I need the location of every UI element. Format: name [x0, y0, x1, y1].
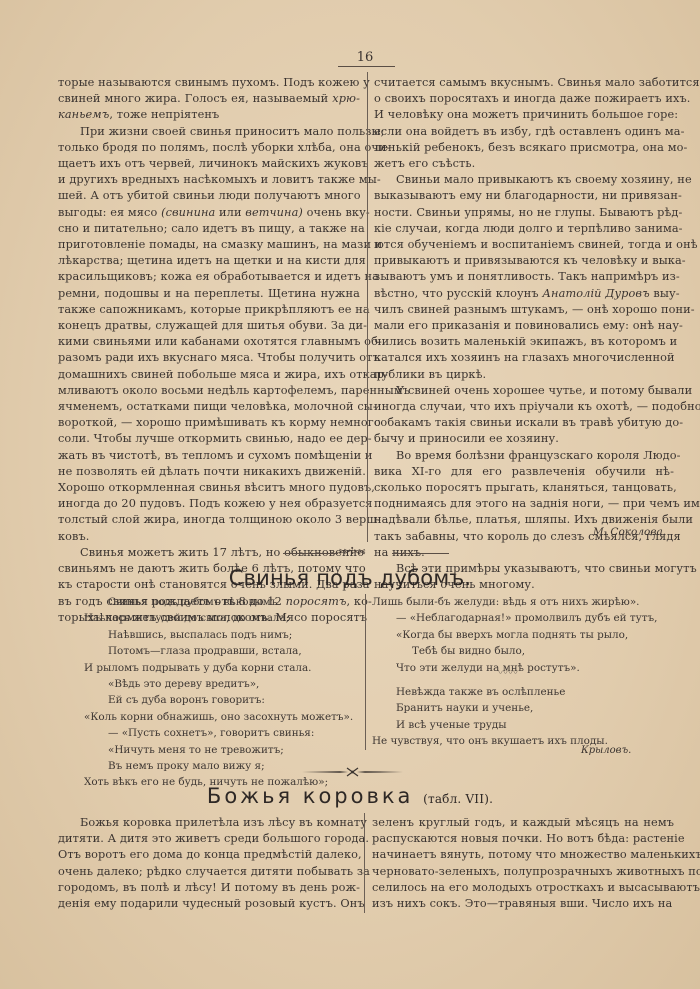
text-line: вѣстно, что русскій клоунъ Анатолій Дуро… [374, 286, 674, 302]
article2-subtitle: (табл. VII). [423, 792, 493, 806]
text-line: городомъ, въ полѣ и лѣсу! И потому въ де… [58, 880, 360, 896]
article1-signature: М. Соколова. [593, 526, 666, 538]
text-line: мливаютъ около восьми недѣль картофелемъ… [58, 383, 360, 399]
text-line: чились возить маленькій экипажъ, въ кото… [374, 334, 674, 350]
text-line: начинаетъ вянуть, потому что множество м… [372, 847, 674, 863]
poem-line: Невѣжда также въ ослѣпленье [372, 684, 657, 700]
text-line: жать въ чистотѣ, въ тепломъ и сухомъ пом… [58, 448, 360, 464]
text-line: если она войдетъ въ избу, гдѣ оставленъ … [374, 124, 674, 140]
poem-left-stanza: Свинья подъ дубомъ вѣковымъНаѣлась желуд… [84, 594, 353, 791]
text-line: Хорошо откормленная свинья вѣситъ много … [58, 480, 360, 496]
text-line: вороткой, — хорошо примѣшивать къ корму … [58, 415, 360, 431]
text-line: и другихъ вредныхъ насѣкомыхъ и ловитъ т… [58, 172, 360, 188]
text-line: соли. Чтобы лучше откормить свинью, надо… [58, 431, 360, 447]
text-line: толстый слой жира, иногда толщиною около… [58, 512, 360, 528]
text-line: торые называются свинымъ пухомъ. Подъ ко… [58, 75, 360, 91]
poem-line: Свинья подъ дубомъ вѣковымъ [84, 594, 353, 610]
text-line: считается самымъ вкуснымъ. Свинья мало з… [374, 75, 674, 91]
text-line: публики въ циркѣ. [374, 367, 674, 383]
poem-line: И всѣ ученые труды [372, 717, 657, 733]
text-line: черновато-зеленыхъ, полупрозрачныхъ живо… [372, 864, 674, 880]
poem-divider [365, 594, 366, 750]
text-line: дитяти. А дитя это живетъ среди большого… [58, 831, 360, 847]
text-line: зеленъ круглый годъ, и каждый мѣсяцъ на … [372, 815, 674, 831]
poem-line: Наѣлась желудей до сыта, до отвала; [84, 610, 353, 626]
text-line: У свиней очень хорошее чутье, и потому б… [374, 383, 674, 399]
text-line: ленькій ребенокъ, безъ всякаго присмотра… [374, 140, 674, 156]
poem-title: Свинья подъ дубомъ. [0, 566, 700, 590]
text-line: вика XI-го для его развлеченія обучили н… [374, 464, 674, 480]
text-line: иногда случаи, что ихъ пріучали къ охотѣ… [374, 399, 674, 415]
ornament-vine-icon: ⪢⪢✣⪡⪡ [339, 546, 364, 557]
text-line: щаетъ ихъ отъ червей, личинокъ майскихъ … [58, 156, 360, 172]
text-line: бычу и приносили ее хозяину. [374, 431, 674, 447]
poem-line: Потомъ—глаза продравши, встала, [84, 643, 353, 659]
text-line: только бродя по полямъ, послѣ уборки хлѣ… [58, 140, 360, 156]
poem-line: Наѣвшись, выспалась подъ нимъ; [84, 627, 353, 643]
article2-right-column: зеленъ круглый годъ, и каждый мѣсяцъ на … [372, 815, 674, 912]
text-line: выгоды: ея мясо (свинина или ветчина) оч… [58, 205, 360, 221]
text-line: мали его приказанія и повиновались ему: … [374, 318, 674, 334]
poem-signature: Крыловъ. [581, 745, 631, 756]
poem-tilde-ornament: 〰〰 [498, 664, 518, 679]
text-line: При жизни своей свинья приноситъ мало по… [58, 124, 360, 140]
text-line: кіе случаи, когда люди долго и терпѣливо… [374, 221, 674, 237]
text-line: чилъ свиней разнымъ штукамъ, — онѣ хорош… [374, 302, 674, 318]
poem-line: И рыломъ подрывать у дуба корни стала. [84, 660, 353, 676]
text-line: сно и питательно; сало идетъ въ пищу, а … [58, 221, 360, 237]
text-line: Во время болѣзни французскаго короля Люд… [374, 448, 674, 464]
poem-line: Ей съ дуба воронъ говоритъ: [84, 692, 353, 708]
text-line: изъ нихъ сокъ. Это—травяныя вши. Число и… [372, 896, 674, 912]
column-divider [367, 72, 368, 542]
text-line: селилось на его молодыхъ отросткахъ и вы… [372, 880, 674, 896]
text-line: жетъ его съѣсть. [374, 156, 674, 172]
poem-line: «Вѣдь это дереву вредитъ», [84, 676, 353, 692]
text-line: Отъ воротъ его дома до конца предмѣстій … [58, 847, 360, 863]
text-line: ячменемъ, остатками пищи человѣка, молоч… [58, 399, 360, 415]
text-line: не позволять ей дѣлать почти никакихъ дв… [58, 464, 360, 480]
article2-left-column: Божья коровка прилетѣла изъ лѣсу въ комн… [58, 815, 360, 912]
poem-line: Бранитъ науки и ученье, [372, 700, 657, 716]
text-line: шей. А отъ убитой свиньи люди получаютъ … [58, 188, 360, 204]
text-line: лѣкарства; щетина идетъ на щетки и на ки… [58, 253, 360, 269]
ornament-rule-left [283, 553, 338, 554]
text-line: домашнихъ свиней побольше мяса и жира, и… [58, 367, 360, 383]
page-number-rule [338, 66, 395, 67]
poem-line: — «Неблагодарная!» промолвилъ дубъ ей ту… [372, 610, 657, 626]
poem-line: «Когда бы вверхъ могла поднять ты рыло, [372, 627, 657, 643]
poem-line: «Коль корни обнажишь, оно засохнуть може… [84, 709, 353, 725]
text-line: иногда до 20 пудовъ. Подъ кожею у нея об… [58, 496, 360, 512]
text-line: очень далеко; рѣдко случается дитяти поб… [58, 864, 360, 880]
article2-title: Божья коровка (табл. VII). [0, 784, 700, 808]
text-line: также сапожникамъ, которые прикрѣпляютъ … [58, 302, 360, 318]
text-line: кими свиньями или кабанами охотятся глав… [58, 334, 360, 350]
page-number: 16 [335, 50, 395, 65]
poem-line: «Ничуть меня то не тревожитъ; [84, 742, 353, 758]
text-line: разомъ ради ихъ вкуснаго мяса. Чтобы пол… [58, 350, 360, 366]
text-line: денія ему подарили чудесный розовый куст… [58, 896, 360, 912]
text-line: Божья коровка прилетѣла изъ лѣсу въ комн… [58, 815, 360, 831]
text-line: сколько поросятъ прыгать, кланяться, тан… [374, 480, 674, 496]
text-line: собакамъ такія свиньи искали въ травѣ уб… [374, 415, 674, 431]
text-line: распускаются новыя почки. Но вотъ бѣда: … [372, 831, 674, 847]
poem-line: — «Пусть сохнетъ», говоритъ свинья: [84, 725, 353, 741]
text-line: ремни, подошвы и на переплеты. Щетина ну… [58, 286, 360, 302]
text-line: о своихъ поросятахъ и иногда даже пожира… [374, 91, 674, 107]
text-line: зываютъ умъ и понятливость. Такъ напримѣ… [374, 269, 674, 285]
poem-line: Лишь были-бъ желуди: вѣдь я отъ нихъ жир… [372, 594, 657, 610]
text-line: Свиньи мало привыкаютъ къ своему хозяину… [374, 172, 674, 188]
ornament-bowtie-icon [300, 766, 405, 778]
text-line: приготовленіе помады, на смазку машинъ, … [58, 237, 360, 253]
article2-title-text: Божья коровка [207, 784, 414, 808]
article1-left-column: торые называются свинымъ пухомъ. Подъ ко… [58, 75, 360, 626]
text-line: красильщиковъ; кожа ея обработывается и … [58, 269, 360, 285]
poem-line: Тебѣ бы видно было, [372, 643, 657, 659]
column-divider-2 [364, 813, 365, 913]
text-line: выказываютъ ему ни благодарности, ни при… [374, 188, 674, 204]
text-line: каньемъ, тоже непріятенъ [58, 107, 360, 123]
text-line: конецъ дратвы, служащей для шитья обуви.… [58, 318, 360, 334]
text-line: свиней много жира. Голосъ ея, называемый… [58, 91, 360, 107]
article1-right-column: считается самымъ вкуснымъ. Свинья мало з… [374, 75, 674, 594]
text-line: ются обученіемъ и воспитаніемъ свиней, т… [374, 237, 674, 253]
text-line: поднимаясь для этого на заднія ноги, — п… [374, 496, 674, 512]
text-line: ности. Свиньи упрямы, но не глупы. Бываю… [374, 205, 674, 221]
ornament-rule-right [392, 553, 449, 554]
text-line: катался ихъ хозяинъ на глазахъ многочисл… [374, 350, 674, 366]
text-line: ковъ. [58, 529, 360, 545]
text-line: И человѣку она можетъ причинить большое … [374, 107, 674, 123]
text-line: привыкаютъ и привязываются къ человѣку и… [374, 253, 674, 269]
